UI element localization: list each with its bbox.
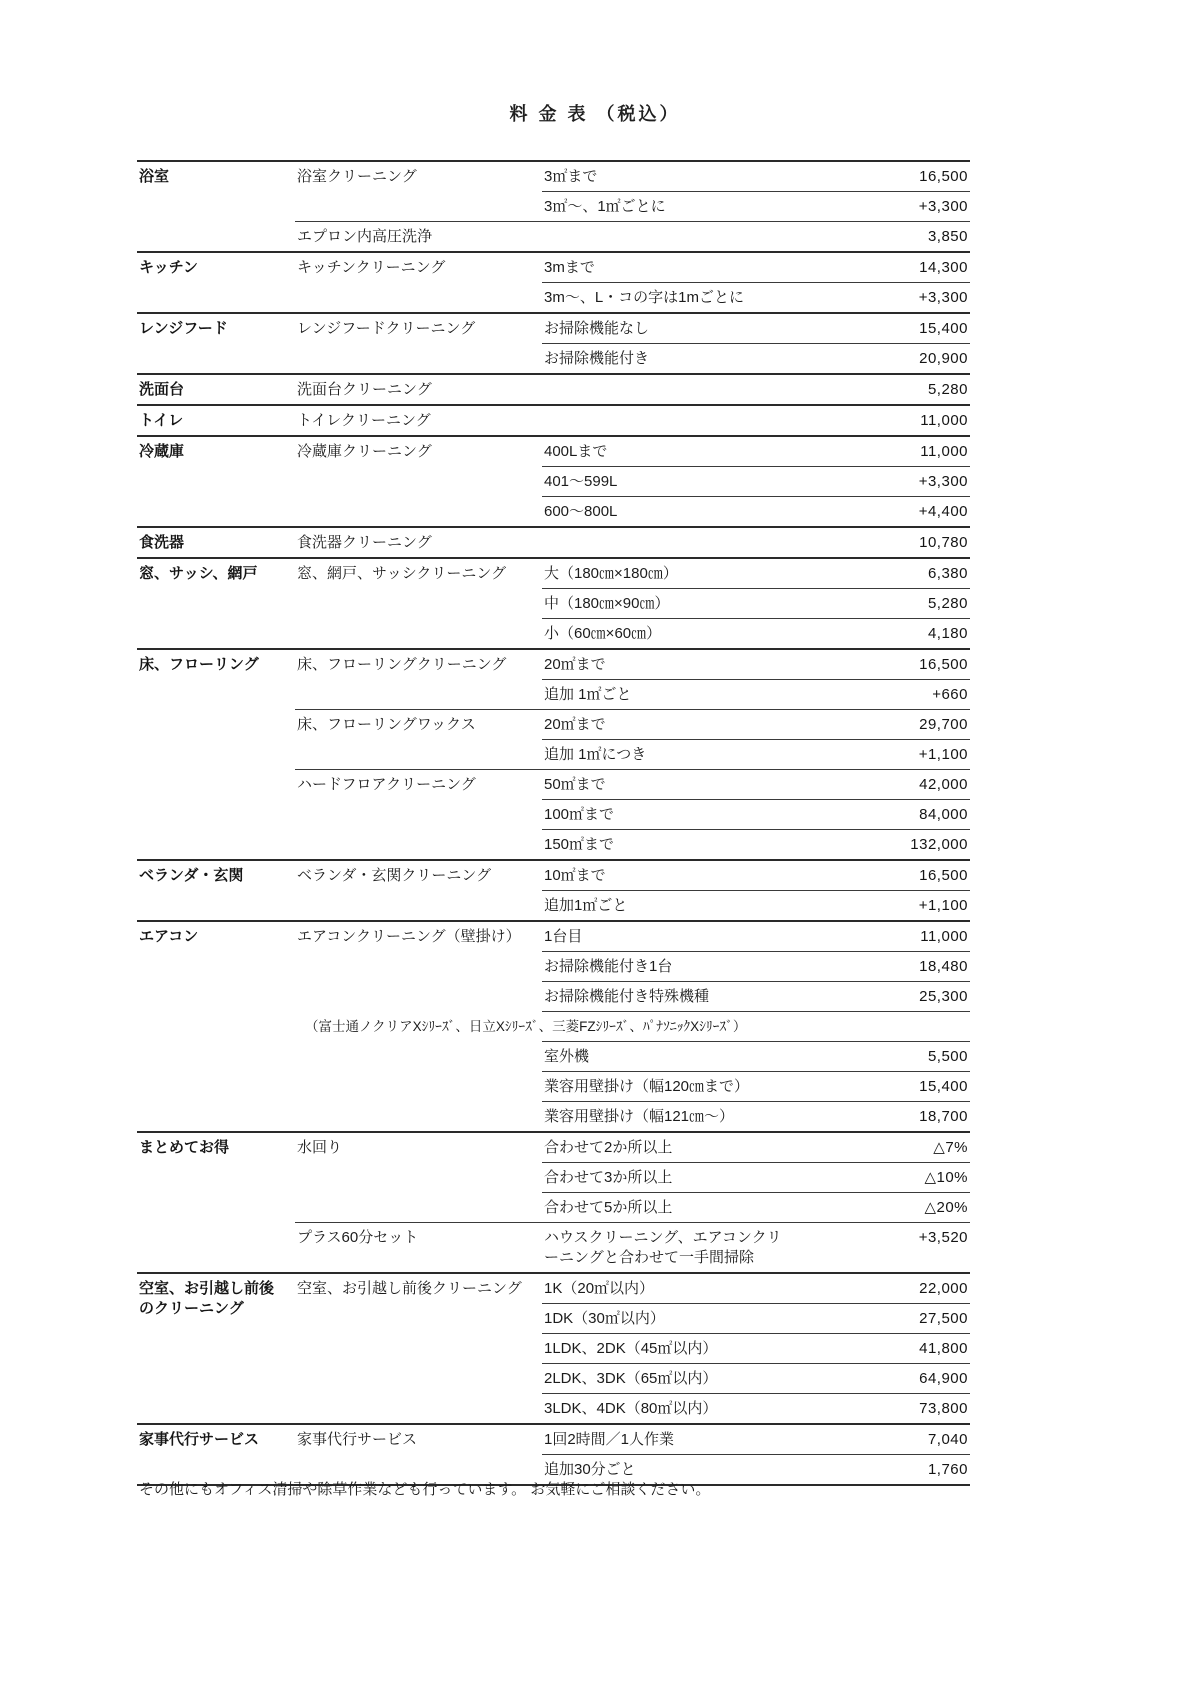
service-cell: キッチンクリーニング: [295, 251, 542, 312]
price-cell: 132,000: [790, 829, 970, 859]
service-cell: レンジフードクリーニング: [295, 312, 542, 373]
detail-cell: 3㎡〜、1㎡ごとに: [542, 191, 790, 221]
detail-cell: 600〜800L: [542, 496, 790, 526]
detail-cell: 追加 1㎡ごと: [542, 679, 790, 709]
price-cell: 18,700: [790, 1101, 970, 1131]
price-cell: 84,000: [790, 799, 970, 829]
service-cell: 家事代行サービス: [295, 1423, 542, 1484]
page-title: 料 金 表 （税込）: [0, 100, 1190, 126]
price-cell: +1,100: [790, 890, 970, 920]
price-cell: +660: [790, 679, 970, 709]
detail-cell: 小（60㎝×60㎝）: [542, 618, 790, 648]
service-cell: プラス60分セット: [295, 1222, 542, 1272]
price-cell: 15,400: [790, 312, 970, 343]
table-row: 空室、お引越し前後 のクリーニング空室、お引越し前後クリーニング1K（20㎡以内…: [137, 1272, 970, 1303]
price-cell: 5,280: [790, 588, 970, 618]
category-cell: レンジフード: [137, 312, 295, 373]
table-row: 家事代行サービス家事代行サービス1回2時間／1人作業7,040: [137, 1423, 970, 1454]
detail-cell: お掃除機能付き1台: [542, 951, 790, 981]
category-cell: 床、フローリング: [137, 648, 295, 859]
price-cell: 5,280: [790, 373, 970, 404]
detail-cell: 10㎡まで: [542, 859, 790, 890]
detail-cell: 100㎡まで: [542, 799, 790, 829]
category-cell: トイレ: [137, 404, 295, 435]
detail-cell: 400Lまで: [542, 435, 790, 466]
price-cell: +3,520: [790, 1222, 970, 1272]
price-cell: 16,500: [790, 160, 970, 191]
category-cell: 冷蔵庫: [137, 435, 295, 526]
detail-cell: 20㎡まで: [542, 709, 790, 739]
table-row: ベランダ・玄関ベランダ・玄関クリーニング10㎡まで16,500: [137, 859, 970, 890]
table-row: エアコンエアコンクリーニング（壁掛け）1台目11,000: [137, 920, 970, 951]
price-cell: +4,400: [790, 496, 970, 526]
price-cell: 29,700: [790, 709, 970, 739]
detail-cell: 追加 1㎡につき: [542, 739, 790, 769]
service-cell: 食洗器クリーニング: [295, 526, 542, 557]
price-table-container: 浴室浴室クリーニング3㎡まで16,5003㎡〜、1㎡ごとに+3,300エプロン内…: [137, 160, 970, 1486]
category-cell: 浴室: [137, 160, 295, 251]
service-cell: 空室、お引越し前後クリーニング: [295, 1272, 542, 1423]
price-cell: 14,300: [790, 251, 970, 282]
table-row: 浴室浴室クリーニング3㎡まで16,500: [137, 160, 970, 191]
detail-cell: 室外機: [542, 1041, 790, 1071]
price-cell: 20,900: [790, 343, 970, 373]
price-cell: 41,800: [790, 1333, 970, 1363]
category-cell: ベランダ・玄関: [137, 859, 295, 920]
price-cell: +3,300: [790, 466, 970, 496]
detail-cell: 20㎡まで: [542, 648, 790, 679]
detail-cell: 3㎡まで: [542, 160, 790, 191]
price-cell: 3,850: [790, 221, 970, 251]
detail-cell: 50㎡まで: [542, 769, 790, 799]
table-row: 食洗器食洗器クリーニング10,780: [137, 526, 970, 557]
service-cell: 冷蔵庫クリーニング: [295, 435, 542, 526]
category-cell: 窓、サッシ、網戸: [137, 557, 295, 648]
category-cell: まとめてお得: [137, 1131, 295, 1272]
price-cell: 64,900: [790, 1363, 970, 1393]
price-cell: 22,000: [790, 1272, 970, 1303]
price-cell: 5,500: [790, 1041, 970, 1071]
service-cell: 窓、網戸、サッシクリーニング: [295, 557, 542, 648]
footer-note: その他にもオフィス清掃や除草作業なども行っています。 お気軽にご相談ください。: [139, 1478, 1039, 1499]
detail-cell: お掃除機能なし: [542, 312, 790, 343]
detail-cell: [542, 373, 790, 404]
price-cell: +3,300: [790, 282, 970, 312]
table-row: 冷蔵庫冷蔵庫クリーニング400Lまで11,000: [137, 435, 970, 466]
price-cell: 6,380: [790, 557, 970, 588]
detail-cell: 中（180㎝×90㎝）: [542, 588, 790, 618]
detail-cell: 業容用壁掛け（幅120㎝まで）: [542, 1071, 790, 1101]
service-cell: 洗面台クリーニング: [295, 373, 542, 404]
detail-cell: 業容用壁掛け（幅121㎝〜）: [542, 1101, 790, 1131]
price-cell: 42,000: [790, 769, 970, 799]
price-cell: 10,780: [790, 526, 970, 557]
service-cell: ハードフロアクリーニング: [295, 769, 542, 859]
detail-cell: お掃除機能付き特殊機種: [542, 981, 790, 1012]
price-cell: 7,040: [790, 1423, 970, 1454]
detail-cell: 401〜599L: [542, 466, 790, 496]
detail-cell: 1LDK、2DK（45㎡以内）: [542, 1333, 790, 1363]
service-cell: 水回り: [295, 1131, 542, 1222]
category-cell: エアコン: [137, 920, 295, 1131]
detail-cell: 合わせて5か所以上: [542, 1192, 790, 1222]
price-cell: 15,400: [790, 1071, 970, 1101]
category-cell: 空室、お引越し前後 のクリーニング: [137, 1272, 295, 1423]
price-cell: 27,500: [790, 1303, 970, 1333]
price-cell: 11,000: [790, 404, 970, 435]
service-cell: [295, 1041, 542, 1131]
detail-cell: 1K（20㎡以内）: [542, 1272, 790, 1303]
detail-cell: 追加1㎡ごと: [542, 890, 790, 920]
category-cell: 洗面台: [137, 373, 295, 404]
detail-cell: 1回2時間／1人作業: [542, 1423, 790, 1454]
service-cell: ベランダ・玄関クリーニング: [295, 859, 542, 920]
table-row: トイレトイレクリーニング11,000: [137, 404, 970, 435]
table-row: まとめてお得水回り合わせて2か所以上△7%: [137, 1131, 970, 1162]
price-cell: 25,300: [790, 981, 970, 1012]
service-cell: エアコンクリーニング（壁掛け）: [295, 920, 542, 1012]
service-cell: 床、フローリングクリーニング: [295, 648, 542, 709]
price-cell: 11,000: [790, 920, 970, 951]
detail-cell: 1DK（30㎡以内）: [542, 1303, 790, 1333]
category-cell: 食洗器: [137, 526, 295, 557]
table-row: キッチンキッチンクリーニング3mまで14,300: [137, 251, 970, 282]
price-cell: 73,800: [790, 1393, 970, 1423]
table-row: 窓、サッシ、網戸窓、網戸、サッシクリーニング大（180㎝×180㎝）6,380: [137, 557, 970, 588]
detail-cell: 1台目: [542, 920, 790, 951]
price-cell: 11,000: [790, 435, 970, 466]
detail-cell: ハウスクリーニング、エアコンクリーニングと合わせて一手間掃除: [542, 1222, 790, 1272]
detail-cell: 150㎡まで: [542, 829, 790, 859]
table-row: 床、フローリング床、フローリングクリーニング20㎡まで16,500: [137, 648, 970, 679]
table-row: 洗面台洗面台クリーニング5,280: [137, 373, 970, 404]
category-cell: 家事代行サービス: [137, 1423, 295, 1484]
detail-cell: 大（180㎝×180㎝）: [542, 557, 790, 588]
price-cell: 16,500: [790, 648, 970, 679]
category-cell: キッチン: [137, 251, 295, 312]
service-cell: エプロン内高圧洗浄: [295, 221, 542, 251]
detail-cell: 3mまで: [542, 251, 790, 282]
detail-cell: 3LDK、4DK（80㎡以内）: [542, 1393, 790, 1423]
detail-cell: 合わせて2か所以上: [542, 1131, 790, 1162]
price-cell: △7%: [790, 1131, 970, 1162]
service-cell: 床、フローリングワックス: [295, 709, 542, 769]
price-cell: 16,500: [790, 859, 970, 890]
price-cell: +3,300: [790, 191, 970, 221]
price-cell: 18,480: [790, 951, 970, 981]
detail-cell: [542, 221, 790, 251]
detail-cell: [542, 526, 790, 557]
price-cell: △10%: [790, 1162, 970, 1192]
detail-cell: 合わせて3か所以上: [542, 1162, 790, 1192]
note-cell: （富士通ノクリアXｼﾘｰｽﾞ、日立Xｼﾘｰｽﾞ、三菱FZｼﾘｰｽﾞ、ﾊﾟﾅｿﾆｯ…: [295, 1012, 970, 1041]
price-table: 浴室浴室クリーニング3㎡まで16,5003㎡〜、1㎡ごとに+3,300エプロン内…: [137, 160, 970, 1486]
detail-cell: お掃除機能付き: [542, 343, 790, 373]
service-cell: トイレクリーニング: [295, 404, 542, 435]
price-table-body: 浴室浴室クリーニング3㎡まで16,5003㎡〜、1㎡ごとに+3,300エプロン内…: [137, 160, 970, 1484]
price-cell: △20%: [790, 1192, 970, 1222]
detail-cell: [542, 404, 790, 435]
table-row: レンジフードレンジフードクリーニングお掃除機能なし15,400: [137, 312, 970, 343]
price-cell: 4,180: [790, 618, 970, 648]
detail-cell: 3m〜、L・コの字は1mごとに: [542, 282, 790, 312]
detail-cell: 2LDK、3DK（65㎡以内）: [542, 1363, 790, 1393]
price-cell: +1,100: [790, 739, 970, 769]
service-cell: 浴室クリーニング: [295, 160, 542, 221]
